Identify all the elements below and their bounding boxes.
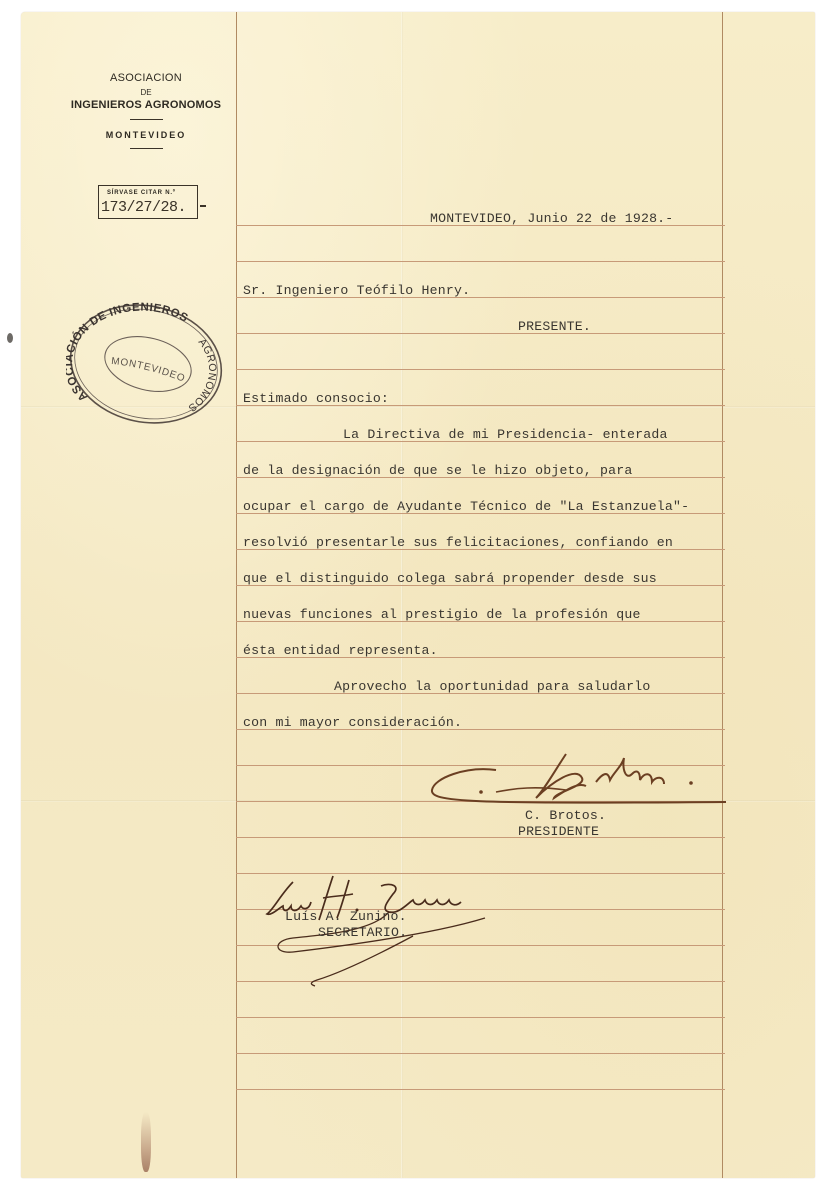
stamp-seal-icon: ASOCIACIÓN DE INGENIEROS AGRONOMOS MONTE…	[66, 302, 226, 427]
president-title: PRESIDENTE	[518, 824, 599, 839]
reference-number-box: SÍRVASE CITAR N.º 173/27/28.	[98, 185, 198, 219]
rule-line	[236, 1089, 725, 1090]
letterhead-divider	[130, 119, 163, 120]
place-date: MONTEVIDEO, Junio 22 de 1928.-	[430, 211, 673, 226]
secretary-title: SECRETARIO.	[318, 925, 407, 940]
right-margin-line	[722, 12, 723, 1178]
rule-line	[236, 837, 725, 838]
left-margin-line	[236, 12, 237, 1178]
scan-fleck	[7, 333, 13, 343]
letterhead-divider	[130, 148, 163, 149]
association-stamp: ASOCIACIÓN DE INGENIEROS AGRONOMOS MONTE…	[66, 302, 226, 427]
rule-line	[236, 1053, 725, 1054]
secretary-name: Luís A. Zunino.	[285, 909, 407, 924]
reference-number: 173/27/28.	[101, 199, 186, 216]
rule-line	[236, 1017, 725, 1018]
salutation: Estimado consocio:	[243, 391, 389, 406]
reference-label: SÍRVASE CITAR N.º	[107, 190, 176, 196]
president-signature-icon	[426, 752, 746, 812]
letter-page: ASOCIACION DE INGENIEROS AGRONOMOS MONTE…	[21, 12, 815, 1178]
body-line: con mi mayor consideración.	[243, 715, 462, 730]
rule-line	[236, 261, 725, 262]
letterhead-de: DE	[81, 88, 211, 97]
letterhead-engineers: INGENIEROS AGRONOMOS	[66, 99, 226, 111]
svg-text:MONTEVIDEO: MONTEVIDEO	[111, 356, 187, 385]
body-line: de la designación de que se le hizo obje…	[243, 463, 632, 478]
letterhead-city: MONTEVIDEO	[81, 130, 211, 140]
president-name: C. Brotos.	[525, 808, 606, 823]
letterhead-association: ASOCIACION	[81, 72, 211, 84]
letterhead: ASOCIACION DE INGENIEROS AGRONOMOS MONTE…	[81, 72, 211, 149]
svg-text:ASOCIACIÓN DE INGENIEROS: ASOCIACIÓN DE INGENIEROS	[66, 302, 190, 403]
rule-line	[236, 333, 725, 334]
body-line: ocupar el cargo de Ayudante Técnico de "…	[243, 499, 689, 514]
body-line: ésta entidad representa.	[243, 643, 438, 658]
body-line: que el distinguido colega sabrá propende…	[243, 571, 657, 586]
reference-dash	[200, 205, 206, 207]
body-line: La Directiva de mi Presidencia- enterada	[343, 427, 668, 442]
rule-line	[236, 369, 725, 370]
ink-stain	[141, 1112, 151, 1172]
recipient-note: PRESENTE.	[518, 319, 591, 334]
body-line: nuevas funciones al prestigio de la prof…	[243, 607, 641, 622]
fold-crease-vertical	[401, 12, 403, 1178]
body-line: Aprovecho la oportunidad para saludarlo	[334, 679, 650, 694]
recipient-name: Sr. Ingeniero Teófilo Henry.	[243, 283, 470, 298]
body-line: resolvió presentarle sus felicitaciones,…	[243, 535, 673, 550]
